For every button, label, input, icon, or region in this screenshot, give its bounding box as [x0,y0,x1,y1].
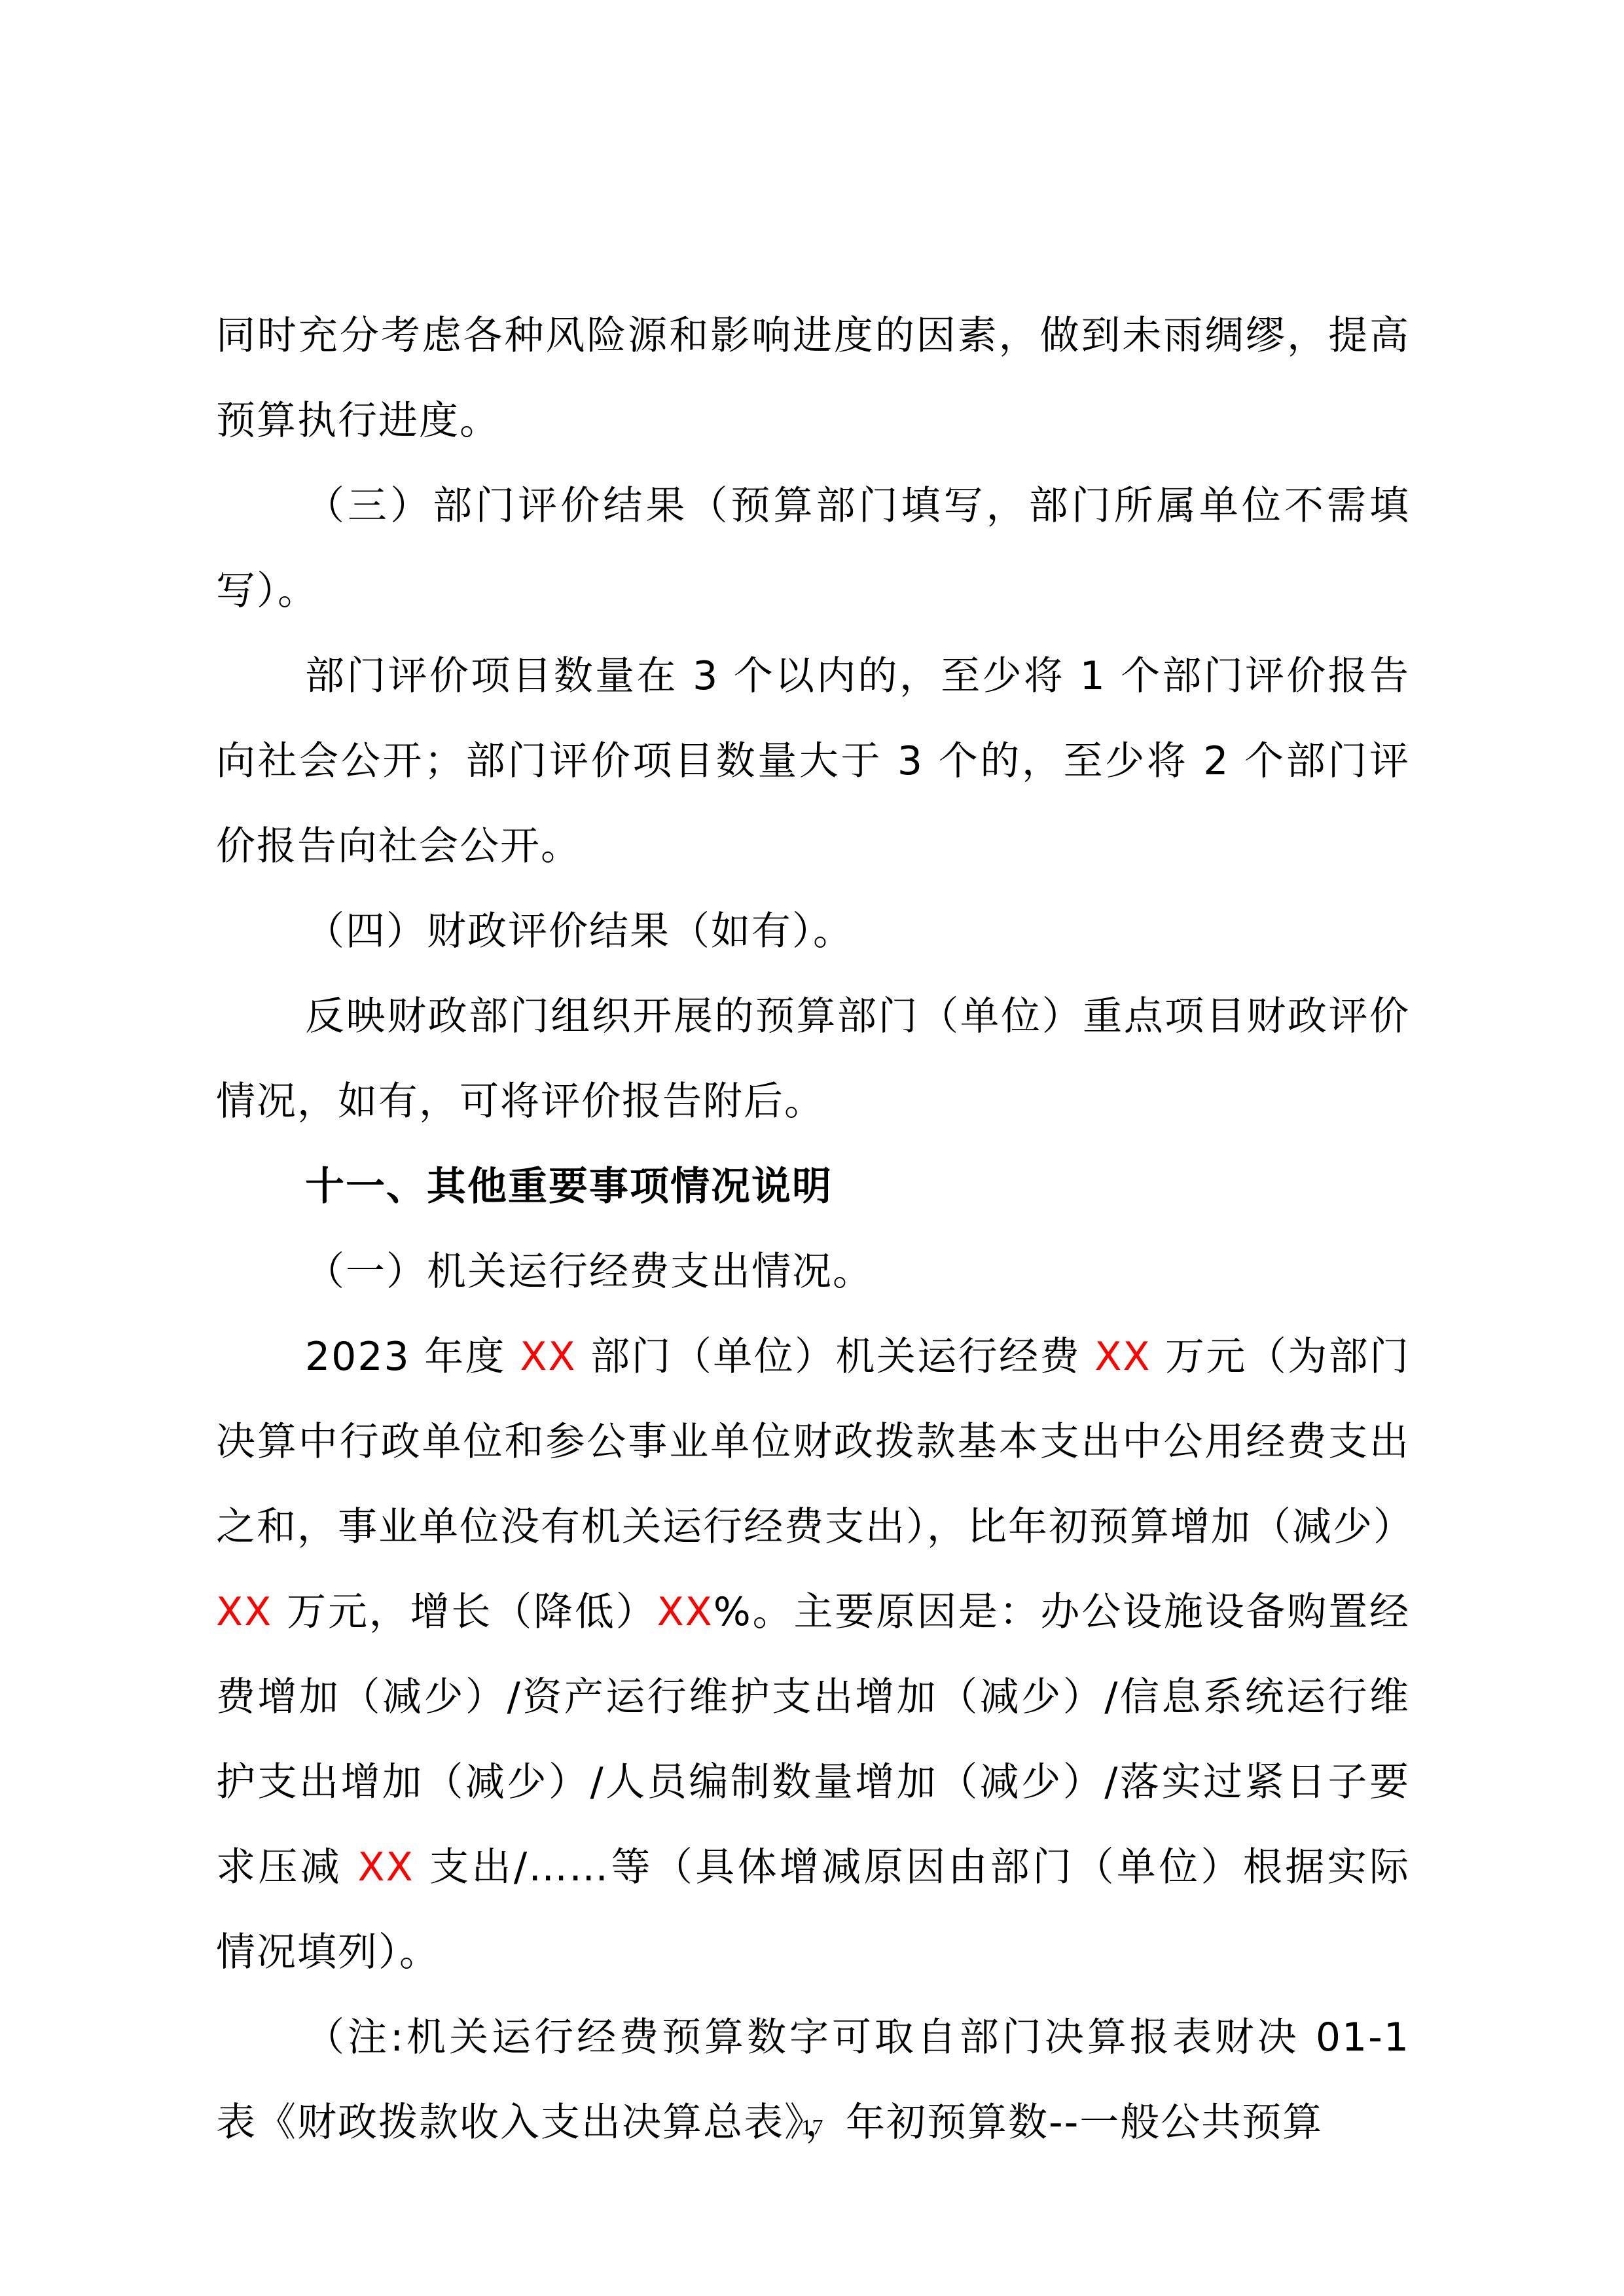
placeholder-xx: XX [358,1844,414,1890]
sub-heading-department-evaluation: （三）部门评价结果（预算部门填写，部门所属单位不需填写）。 [216,463,1410,634]
placeholder-xx: XX [520,1334,576,1380]
paragraph-finance-evaluation: 反映财政部门组织开展的预算部门（单位）重点项目财政评价情况，如有，可将评价报告附… [216,974,1410,1144]
sub-heading-finance-evaluation: （四）财政评价结果（如有）。 [216,889,1410,974]
text-segment: 2023 年度 [305,1334,520,1380]
page-number: 17 [0,2115,1624,2140]
document-page: 同时充分考虑各种风险源和影响进度的因素，做到未雨绸缪，提高预算执行进度。 （三）… [216,293,1410,2165]
placeholder-xx: XX [1094,1334,1151,1380]
text-segment: 万元，增长（降低） [272,1589,657,1635]
paragraph-operating-expenses: 2023 年度 XX 部门（单位）机关运行经费 XX 万元（为部门决算中行政单位… [216,1314,1410,1995]
paragraph-continuation: 同时充分考虑各种风险源和影响进度的因素，做到未雨绸缪，提高预算执行进度。 [216,293,1410,463]
text-segment: 部门（单位）机关运行经费 [577,1334,1095,1380]
placeholder-xx: XX [216,1589,272,1635]
sub-heading-operating-expenses: （一）机关运行经费支出情况。 [216,1229,1410,1314]
placeholder-xx: XX [657,1589,713,1635]
section-heading-other-matters: 十一、其他重要事项情况说明 [216,1144,1410,1229]
paragraph-evaluation-disclosure: 部门评价项目数量在 3 个以内的，至少将 1 个部门评价报告向社会公开；部门评价… [216,634,1410,889]
